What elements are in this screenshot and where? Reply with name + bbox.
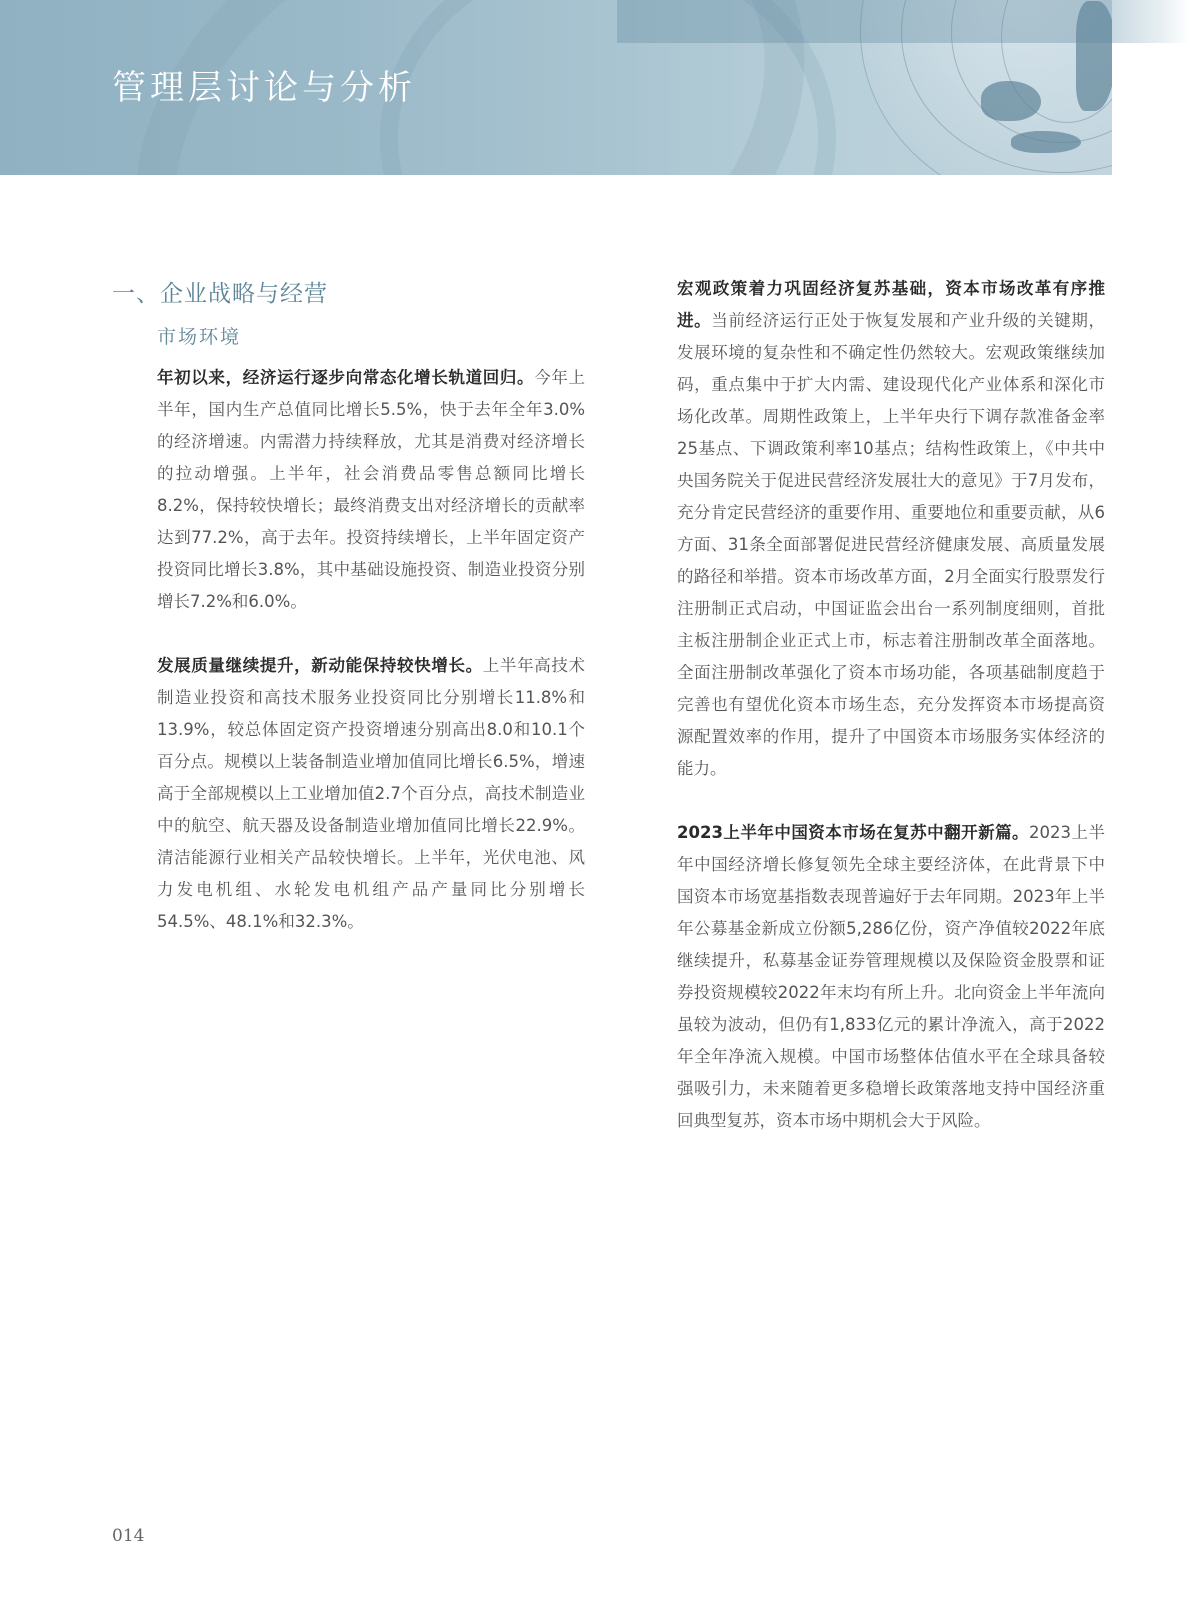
paragraph: 年初以来，经济运行逐步向常态化增长轨道回归。今年上半年，国内生产总值同比增长5.… (157, 362, 585, 618)
continent-shape (1011, 131, 1081, 153)
right-column: 宏观政策着力巩固经济复苏基础，资本市场改革有序推进。当前经济运行正处于恢复发展和… (677, 273, 1105, 1169)
paragraph: 发展质量继续提升，新动能保持较快增长。上半年高技术制造业投资和高技术服务业投资同… (157, 650, 585, 938)
banner-top-strip (617, 0, 1112, 43)
header-banner: 管理层讨论与分析 (0, 0, 1112, 175)
paragraph-body: 当前经济运行正处于恢复发展和产业升级的关键期，发展环境的复杂性和不确定性仍然较大… (677, 311, 1105, 778)
paragraph: 2023上半年中国资本市场在复苏中翻开新篇。2023上半年中国经济增长修复领先全… (677, 817, 1105, 1137)
paragraph: 宏观政策着力巩固经济复苏基础，资本市场改革有序推进。当前经济运行正处于恢复发展和… (677, 273, 1105, 785)
section-heading: 一、企业战略与经营 (112, 275, 328, 308)
left-column: 年初以来，经济运行逐步向常态化增长轨道回归。今年上半年，国内生产总值同比增长5.… (157, 362, 585, 970)
paragraph-lead: 发展质量继续提升，新动能保持较快增长。 (157, 656, 483, 675)
paragraph-body: 今年上半年，国内生产总值同比增长5.5%，快于去年全年3.0%的经济增速。内需潜… (157, 368, 585, 611)
continent-shape (981, 81, 1041, 121)
sub-heading: 市场环境 (157, 322, 241, 349)
page-title: 管理层讨论与分析 (112, 60, 416, 109)
paragraph-lead: 年初以来，经济运行逐步向常态化增长轨道回归。 (157, 368, 534, 387)
banner-edge-fade (1112, 0, 1190, 43)
paragraph-body: 2023上半年中国经济增长修复领先全球主要经济体，在此背景下中国资本市场宽基指数… (677, 823, 1105, 1130)
paragraph-body: 上半年高技术制造业投资和高技术服务业投资同比分别增长11.8%和13.9%，较总… (157, 656, 585, 931)
page-number: 014 (112, 1526, 144, 1546)
paragraph-lead: 2023上半年中国资本市场在复苏中翻开新篇。 (677, 823, 1029, 842)
